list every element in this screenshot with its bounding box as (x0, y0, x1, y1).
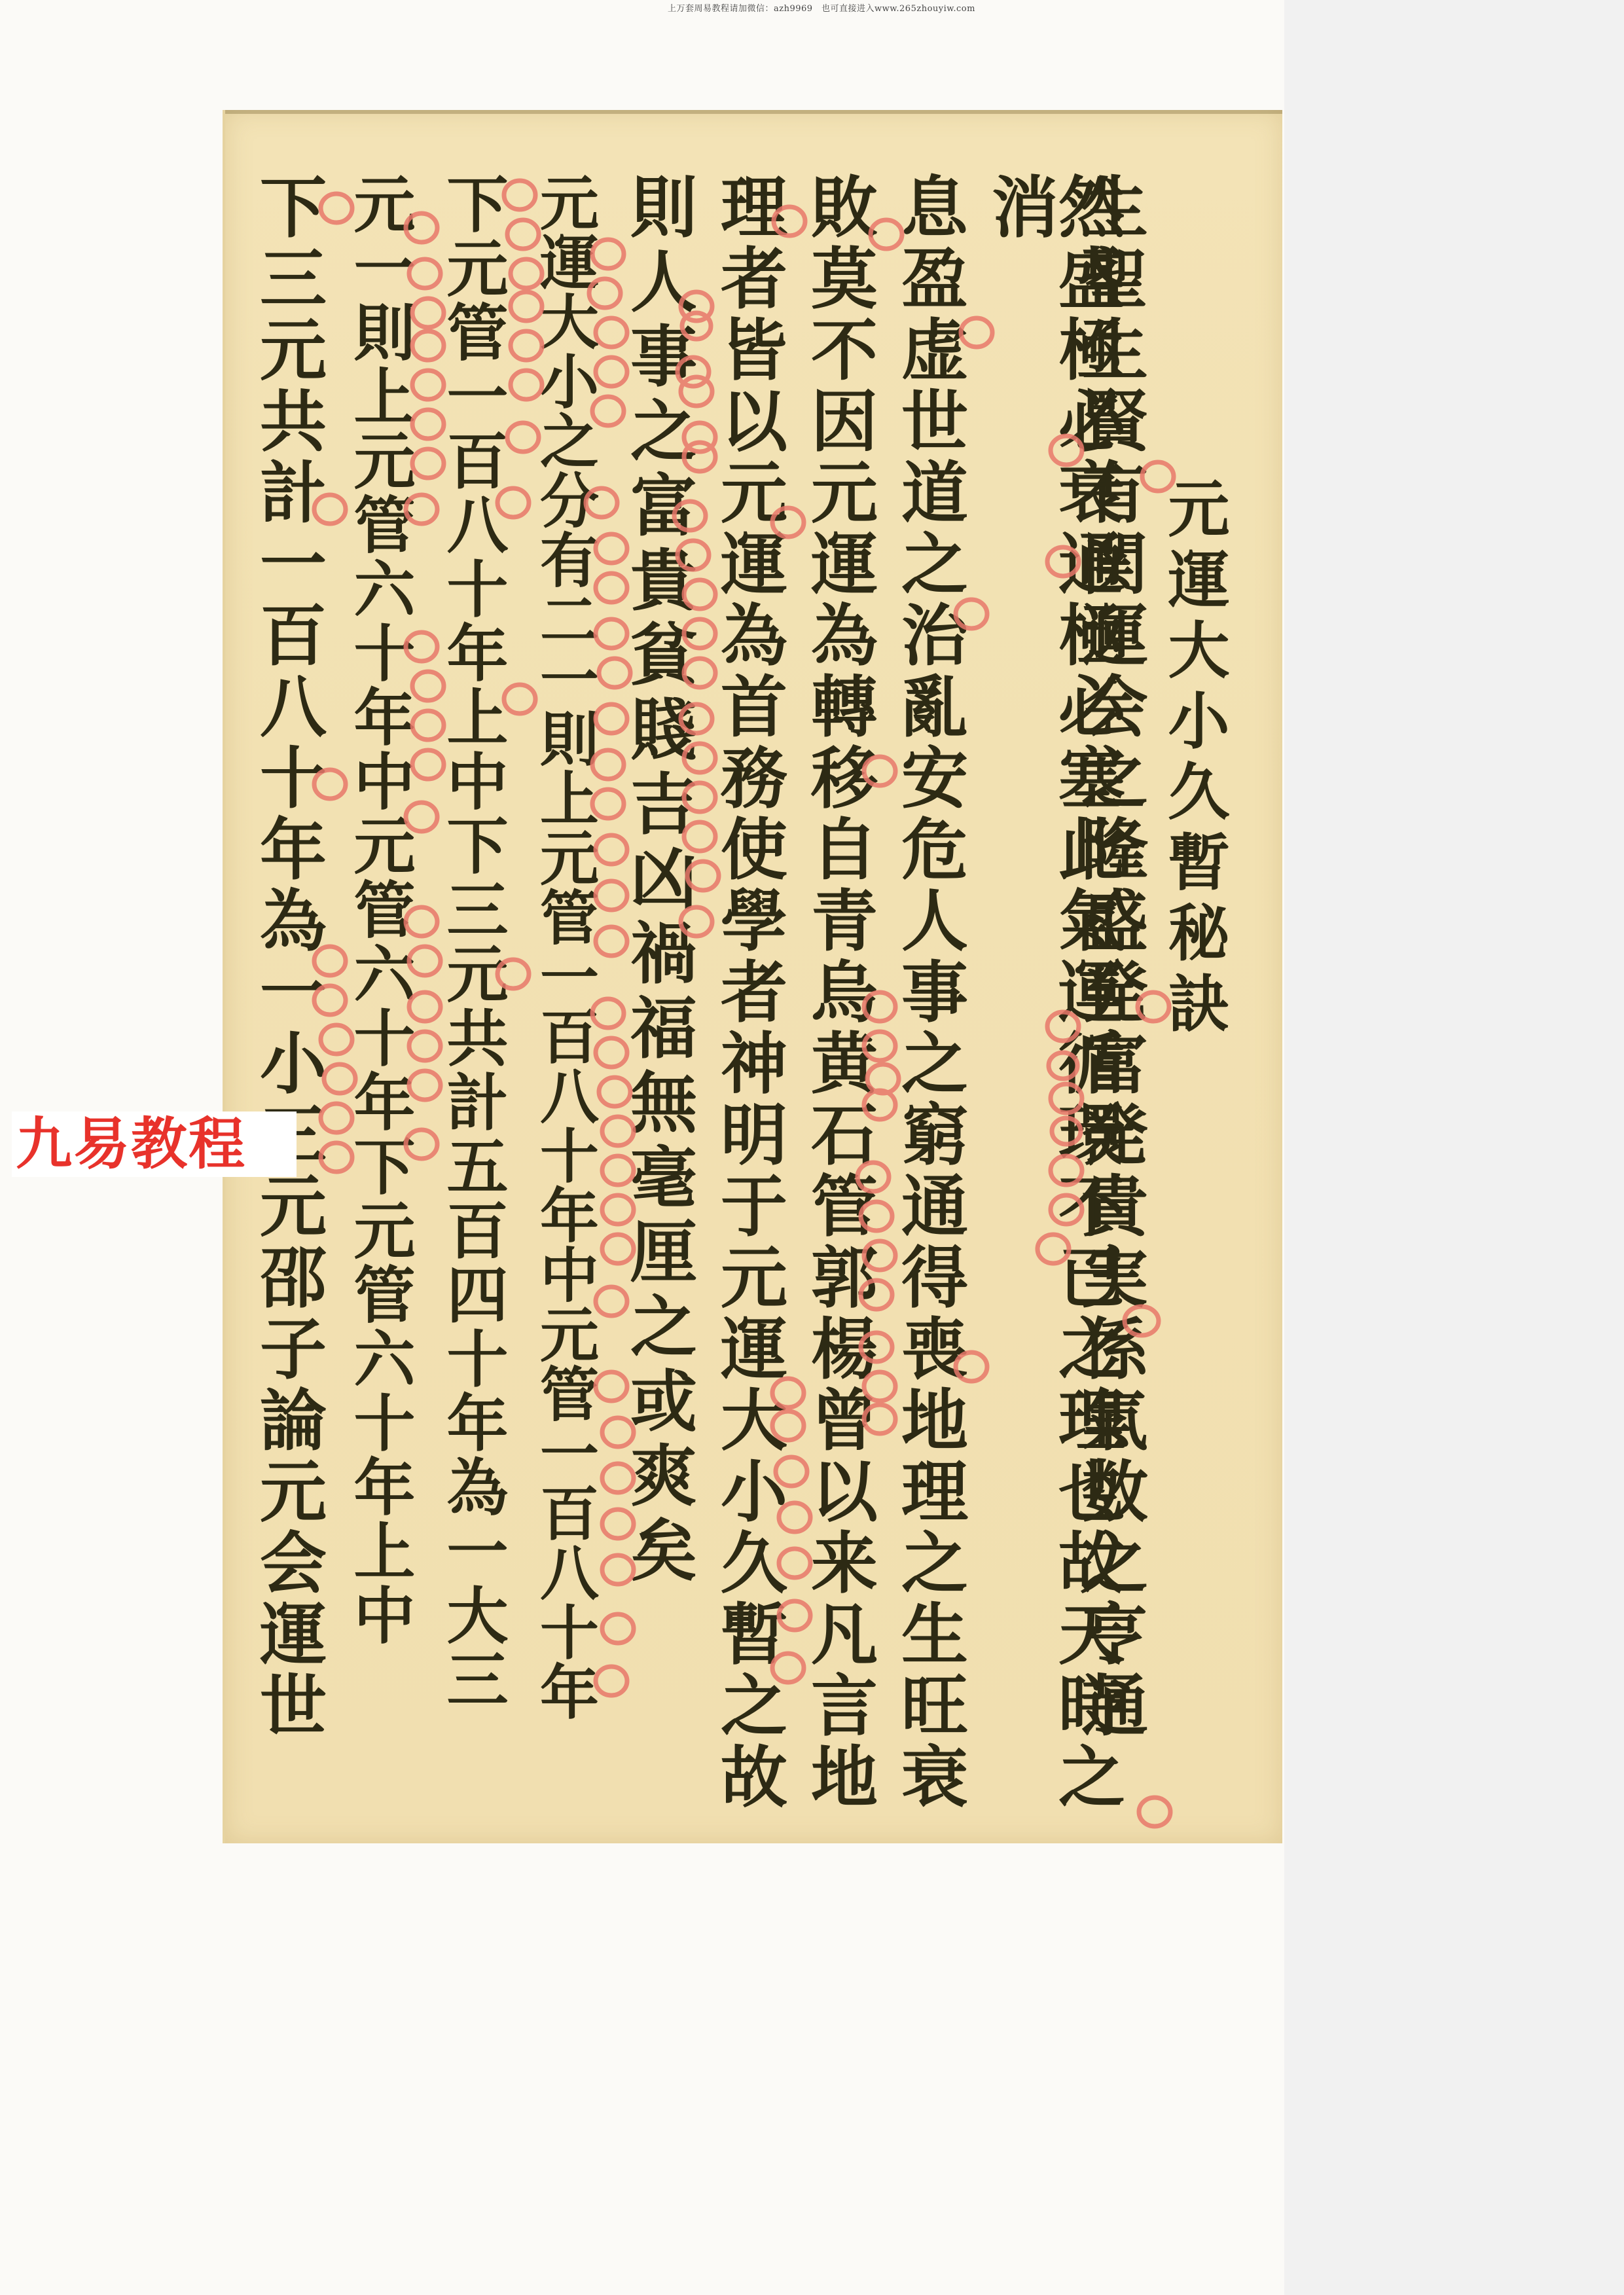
text-column-3: 息盈虚世道之治亂安危人事之窮通得喪地理之生旺衰 (896, 172, 963, 1813)
text-column-5: 理者皆以元運為首務使學者神明于元運大小久暫之故 (715, 172, 782, 1813)
text-column-8: 下元管一百八十年上中下三元共計五百四十年為一大三 (441, 172, 503, 1712)
text-column-4: 敗莫不因元運為轉移自青烏黄石管郭楊曾以来凡言地 (806, 172, 873, 1813)
manuscript-page: 元運大小久暫秘訣 生聖生賢有関運会之隆盛発富発貴実係氣数之亨通 然盛極必衰通極必… (223, 110, 1282, 1843)
watermark-label: 九易教程 (12, 1111, 297, 1177)
text-column-9: 元一則上元管六十年中元管六十年下元管六十年上中 (348, 172, 410, 1648)
text-column-6: 則人事之富貴貧賤吉凶禍福無毫厘之或爽矣 (625, 172, 692, 1590)
text-column-10: 下三元共計一百八十年為一小三元邵子論元会運世 (255, 172, 321, 1742)
scan-margin-strip (1284, 0, 1624, 2295)
header-note: 上万套周易教程请加微信：azh9969 也可直接进入www.265zhouyiw… (668, 1, 975, 14)
text-column-7: 元運大小之分有二一則上元管一百八十年中元管一百八十年 (535, 172, 594, 1721)
text-column-2: 然盛極必衰通極必塞此氣運循環不已之理也故天時之消 (986, 172, 1120, 1843)
manuscript-title: 元運大小久暫秘訣 (1163, 477, 1224, 1042)
